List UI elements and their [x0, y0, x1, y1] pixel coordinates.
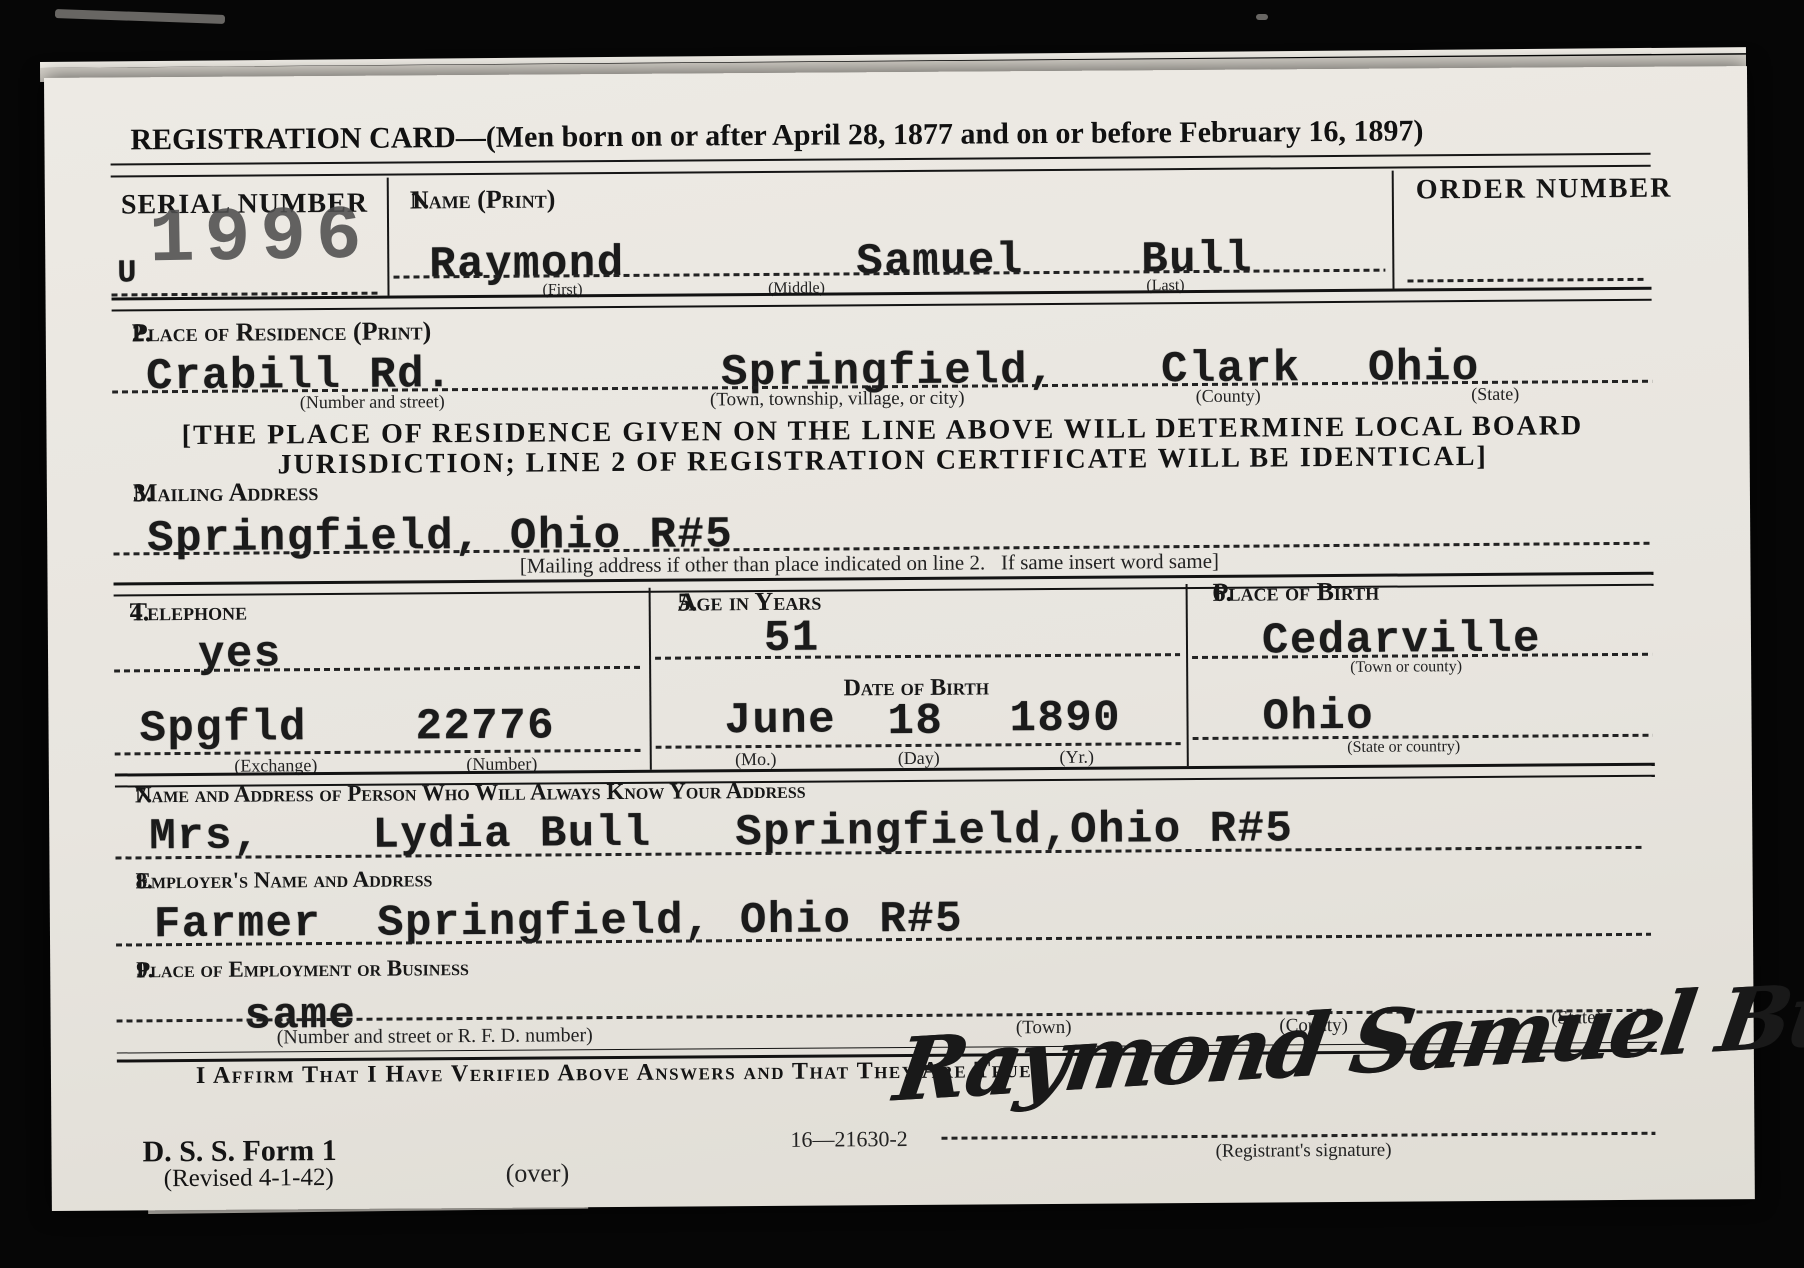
dob-month-value: June [724, 698, 836, 743]
employment-field-text: Place of Employment or Business [136, 956, 469, 981]
dob-sub-month: (Mo.) [735, 750, 777, 768]
mailing-field-text: Mailing Address [133, 479, 319, 506]
form-number: D. S. S. Form 1 [142, 1136, 336, 1167]
over-note: (over) [506, 1160, 570, 1186]
registrant-signature: Raymond Samuel Bull [888, 959, 1804, 1121]
birth-sub-state: (State or country) [1347, 739, 1460, 756]
birth-state-value: Ohio [1262, 695, 1374, 740]
print-code: 16—21630-2 [790, 1128, 907, 1151]
serial-prefix-value: U [117, 257, 138, 289]
order-number-label: ORDER NUMBER [1416, 175, 1673, 205]
telephone-field-text: Telephone [130, 599, 248, 626]
dust-streak [55, 9, 225, 24]
serial-name-divider [387, 178, 390, 296]
telephone-number-value: 22776 [415, 704, 555, 749]
telephone-exchange-value: Spgfld [139, 706, 307, 751]
row1-rule [112, 287, 1652, 312]
employer-field-text: Employer's Name and Address [136, 867, 433, 892]
residence-sub-state: (State) [1471, 385, 1519, 403]
dob-sub-day: (Day) [898, 749, 940, 767]
contact-field-text: Name and Address of Person Who Will Alwa… [135, 779, 806, 807]
birth-sub-town: (Town or county) [1350, 659, 1462, 676]
signature-line [941, 1132, 1655, 1140]
dob-sub-year: (Yr.) [1059, 748, 1094, 766]
serial-number-stamp: 1996 [148, 199, 372, 279]
form-revision: (Revised 4-1-42) [164, 1165, 334, 1191]
dust-speck [1256, 14, 1268, 20]
name-last-value: Bull [1141, 238, 1253, 283]
mailing-sub: [Mailing address if other than place ind… [520, 551, 1219, 577]
name-first-value: Raymond [429, 242, 625, 287]
name-order-divider [1392, 171, 1395, 289]
order-number-line [1407, 278, 1645, 283]
registration-card: REGISTRATION CARD—(Men born on or after … [44, 66, 1755, 1211]
birth-field-text: Place of Birth [1213, 579, 1380, 606]
age-line [655, 653, 1180, 660]
name-middle-value: Samuel [856, 239, 1024, 284]
residence-sub-town: (Town, township, village, or city) [710, 389, 965, 410]
residence-sub-street: (Number and street) [300, 392, 445, 411]
residence-field-text: Place of Residence (Print) [132, 318, 432, 346]
telephone-line1 [114, 666, 643, 673]
dob-year-value: 1890 [1009, 696, 1121, 741]
dob-day-value: 18 [887, 700, 943, 744]
row3-rule [114, 572, 1654, 597]
telephone-age-divider [649, 588, 652, 770]
age-field-text: Age in Years [678, 589, 822, 616]
employment-sub-number: (Number and street or R. F. D. number) [277, 1025, 593, 1047]
age-birth-divider [1186, 584, 1189, 766]
name-field-text: Name (Print) [410, 186, 556, 213]
signature-sub-label: (Registrant's signature) [1215, 1141, 1391, 1161]
scan-background: REGISTRATION CARD—(Men born on or after … [0, 0, 1804, 1268]
card-title: REGISTRATION CARD—(Men born on or after … [130, 114, 1423, 157]
residence-sub-county: (County) [1196, 387, 1261, 405]
age-years-value: 51 [764, 617, 820, 661]
